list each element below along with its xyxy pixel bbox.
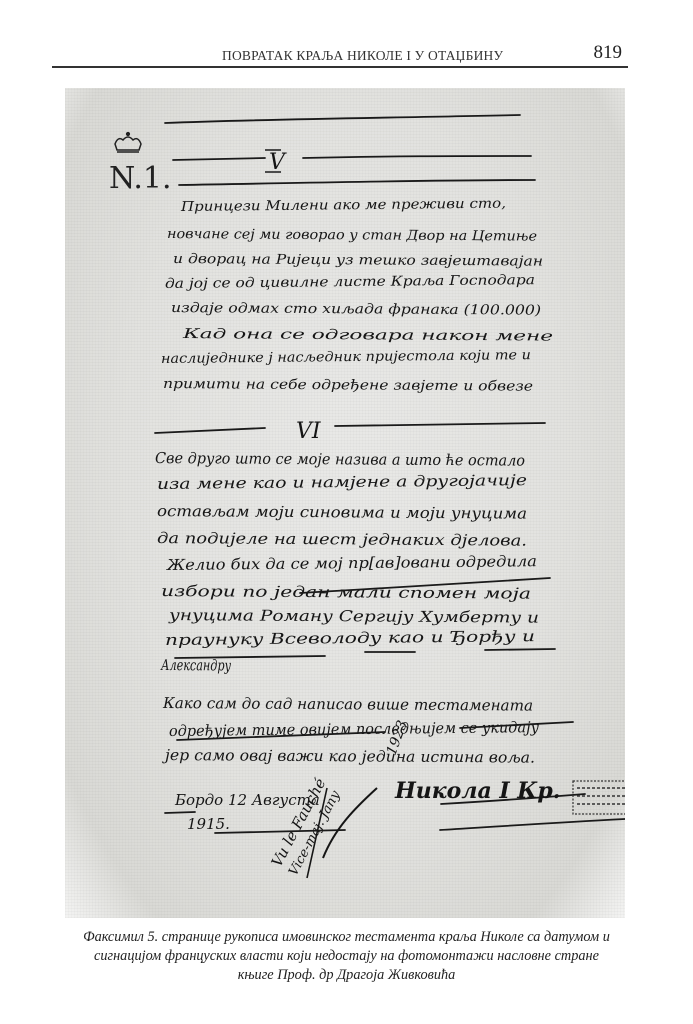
manuscript-facsimile: N.1. V Принцези Милени ако ме преживи ст… bbox=[65, 88, 625, 918]
handwritten-line: Кад она се одговара након мене bbox=[181, 326, 553, 345]
svg-text:Никола I Кр.: Никола I Кр. bbox=[394, 778, 560, 804]
handwritten-line: избори по један мали спомен моја bbox=[161, 582, 531, 603]
handwritten-line: Како сам до сад написао више тестамената bbox=[162, 694, 533, 715]
header-rule bbox=[52, 66, 628, 68]
handwritten-line: Александру bbox=[160, 656, 231, 674]
handwritten-line: иза мене као и намјене а другојачије bbox=[157, 471, 527, 493]
handwritten-line: издаје одмах сто хиљада франака (100.000… bbox=[171, 300, 541, 319]
running-head: ПОВРАТАК КРАЉА НИКОЛЕ I У ОТАЏБИНУ 819 bbox=[52, 38, 628, 66]
manuscript-drawing: N.1. V Принцези Милени ако ме преживи ст… bbox=[65, 88, 625, 918]
svg-text:VI: VI bbox=[296, 419, 322, 444]
handwritten-line: наслиједнике ј насљедник пријестола који… bbox=[161, 347, 531, 367]
handwritten-line: Желио бих да се мој пр[ав]овани одредила bbox=[166, 552, 537, 574]
handwritten-line: одређујем тиме овијем последњијем се уки… bbox=[169, 718, 539, 740]
handwritten-line: примити на себе одређене завјете и обвез… bbox=[163, 376, 533, 395]
official-stamp bbox=[573, 781, 625, 814]
handwritten-line: да јој се од цивилне листе Краља Господа… bbox=[165, 272, 535, 292]
handwritten-line: да подијеле на шест једнаких дјелова. bbox=[157, 529, 527, 550]
handwritten-line: новчане сеј ми говорао у стан Двор на Це… bbox=[167, 226, 537, 245]
svg-text:1915.: 1915. bbox=[187, 815, 230, 833]
running-title: ПОВРАТАК КРАЉА НИКОЛЕ I У ОТАЏБИНУ bbox=[222, 48, 503, 64]
handwritten-line: остављам моји синовима и моји унуцима bbox=[157, 502, 527, 523]
caption-line: књиге Проф. др Драгоја Живковића bbox=[40, 966, 653, 985]
handwritten-line: Све друго што се моје назива а што ће ос… bbox=[155, 449, 525, 470]
page-number: 819 bbox=[594, 42, 623, 64]
handwritten-line: унуцима Роману Сергију Хумберту и bbox=[168, 606, 539, 627]
handwritten-line: и дворац на Ријеци уз тешко завјештаваја… bbox=[173, 251, 543, 270]
handwritten-line: праунуку Всеволоду као и Ђорђу и bbox=[165, 627, 535, 649]
figure-caption: Факсимил 5. странице рукописа имовинског… bbox=[40, 928, 653, 985]
handwritten-line: јер само овај важи као једина истина вољ… bbox=[162, 746, 535, 767]
caption-line: сигнацијом француских власти који недост… bbox=[40, 947, 653, 966]
crown-icon bbox=[115, 132, 141, 152]
caption-line: Факсимил 5. странице рукописа имовинског… bbox=[40, 928, 653, 947]
handwritten-line: Принцези Милени ако ме преживи сто, bbox=[180, 196, 506, 215]
royal-monogram: N.1. bbox=[109, 161, 172, 196]
